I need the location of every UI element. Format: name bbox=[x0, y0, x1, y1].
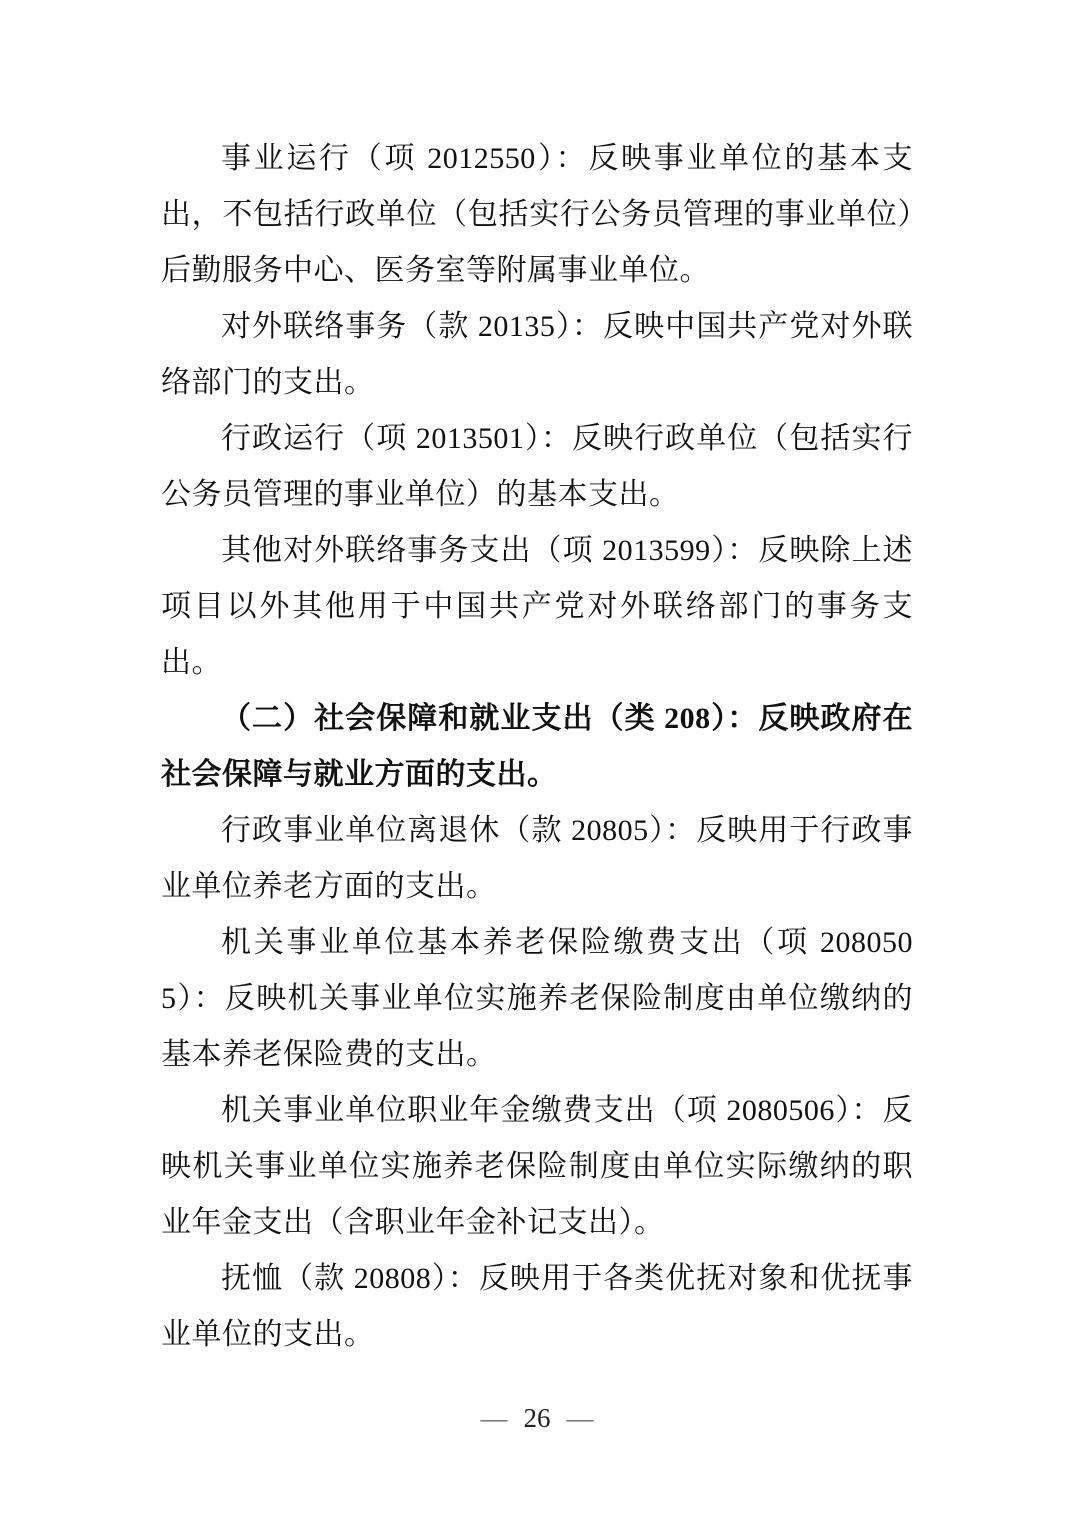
paragraph-zhiye-nianjin: 机关事业单位职业年金缴费支出（项 2080506）：反映机关事业单位实施养老保险… bbox=[161, 1083, 913, 1251]
footer-left-dash: — bbox=[481, 1403, 508, 1433]
paragraph-jiben-yanglao-baoxian: 机关事业单位基本养老保险缴费支出（项 2080505）：反映机关事业单位实施养老… bbox=[161, 915, 913, 1083]
page-number: 26 bbox=[524, 1403, 551, 1433]
paragraph-section-heading-shehui-baozhang: （二）社会保障和就业支出（类 208）：反映政府在社会保障与就业方面的支出。 bbox=[161, 691, 913, 803]
paragraph-duiwai-lianluo-shiwu: 对外联络事务（款 20135）：反映中国共产党对外联络部门的支出。 bbox=[161, 299, 913, 411]
paragraph-xingzheng-yunxing: 行政运行（项 2013501）：反映行政单位（包括实行公务员管理的事业单位）的基… bbox=[161, 411, 913, 523]
document-page: 事业运行（项 2012550）：反映事业单位的基本支出，不包括行政单位（包括实行… bbox=[0, 0, 1074, 1520]
footer-right-dash: — bbox=[567, 1403, 594, 1433]
paragraph-fuxu: 抚恤（款 20808）：反映用于各类优抚对象和优抚事业单位的支出。 bbox=[161, 1251, 913, 1363]
paragraph-qita-duiwai-lianluo: 其他对外联络事务支出（项 2013599）：反映除上述项目以外其他用于中国共产党… bbox=[161, 523, 913, 691]
document-body: 事业运行（项 2012550）：反映事业单位的基本支出，不包括行政单位（包括实行… bbox=[161, 131, 913, 1363]
paragraph-shiye-yunxing: 事业运行（项 2012550）：反映事业单位的基本支出，不包括行政单位（包括实行… bbox=[161, 131, 913, 299]
page-footer: —26— bbox=[0, 1398, 1074, 1438]
paragraph-lituixiu: 行政事业单位离退休（款 20805）：反映用于行政事业单位养老方面的支出。 bbox=[161, 803, 913, 915]
